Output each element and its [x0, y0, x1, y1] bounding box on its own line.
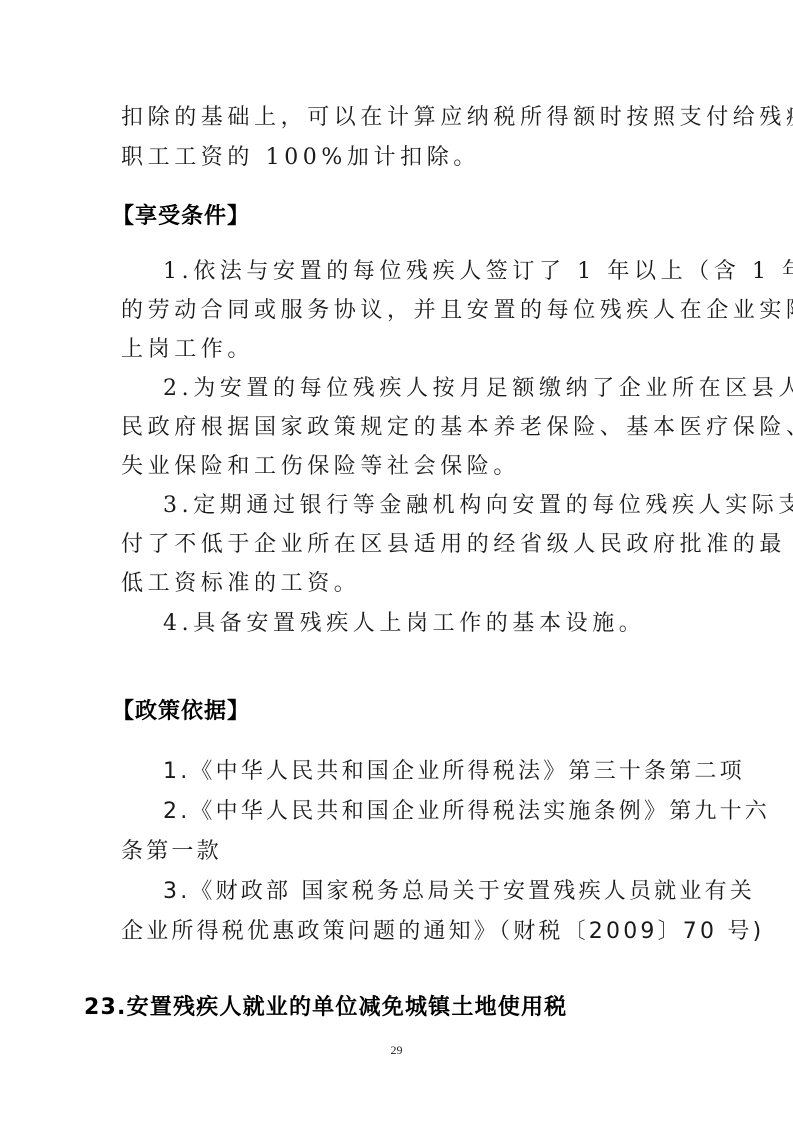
paragraph-line: 职工工资的 100%加计扣除。 [121, 144, 681, 172]
condition-item-2-line: 2.为安置的每位残疾人按月足额缴纳了企业所在区县人 [163, 375, 723, 403]
policy-basis-heading: 【政策依据】 [112, 698, 250, 726]
condition-item-3-line: 付了不低于企业所在区县适用的经省级人民政府批准的最 [121, 531, 681, 559]
page-number: 29 [0, 1043, 793, 1057]
section-heading: 23.安置残疾人就业的单位减免城镇土地使用税 [84, 994, 567, 1022]
condition-item-4-line: 4.具备安置残疾人上岗工作的基本设施。 [163, 610, 723, 638]
document-page: 扣除的基础上，可以在计算应纳税所得额时按照支付给残疾 职工工资的 100%加计扣… [0, 0, 793, 1122]
condition-item-3-line: 低工资标准的工资。 [121, 570, 681, 598]
conditions-heading: 【享受条件】 [112, 203, 250, 231]
condition-item-3-line: 3.定期通过银行等金融机构向安置的每位残疾人实际支 [163, 492, 723, 520]
policy-item-2-line: 条第一款 [121, 838, 681, 866]
policy-item-3-line: 3.《财政部 国家税务总局关于安置残疾人员就业有关 [163, 878, 723, 906]
condition-item-1-line: 的劳动合同或服务协议，并且安置的每位残疾人在企业实际 [121, 297, 681, 325]
condition-item-1-line: 上岗工作。 [121, 336, 681, 364]
condition-item-1-line: 1.依法与安置的每位残疾人签订了 1 年以上（含 1 年） [163, 258, 723, 286]
policy-item-2-line: 2.《中华人民共和国企业所得税法实施条例》第九十六 [163, 798, 723, 826]
condition-item-2-line: 民政府根据国家政策规定的基本养老保险、基本医疗保险、 [121, 414, 681, 442]
condition-item-2-line: 失业保险和工伤保险等社会保险。 [121, 453, 681, 481]
paragraph-line: 扣除的基础上，可以在计算应纳税所得额时按照支付给残疾 [121, 104, 681, 132]
policy-item-1-line: 1.《中华人民共和国企业所得税法》第三十条第二项 [163, 758, 723, 786]
policy-item-3-line: 企业所得税优惠政策问题的通知》（财税〔2009〕70 号) [121, 918, 681, 946]
